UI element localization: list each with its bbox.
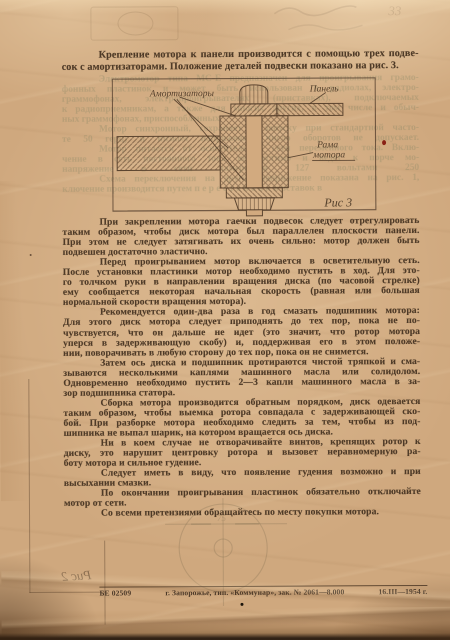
figure-3-diagram: Амортизаторы Панель Рама мотора Рис 3: [112, 77, 377, 219]
paper-speck: [30, 254, 32, 256]
intro-paragraph: Крепление мотора к панели производится с…: [62, 48, 419, 73]
page-sheet: Электромотор типа МС-Е предназначен для …: [0, 0, 450, 640]
paper-speck: [128, 329, 130, 331]
stamp-oval: [117, 11, 153, 35]
label-motor-frame-1: Рама: [316, 140, 338, 150]
scanned-instruction-page: { "colors": { "paper": "#cfa87e", "ink":…: [0, 0, 450, 640]
figure-caption: Рис 3: [323, 195, 352, 209]
handwritten-number: 33: [387, 3, 402, 18]
motor-frame-plate: [117, 136, 220, 171]
footer-code: БЕ 02509: [99, 588, 131, 597]
bolt-shaft: [246, 116, 262, 188]
label-motor-frame-2: мотора: [312, 150, 345, 160]
intro-line: сок с амортизаторами. Положение деталей …: [62, 59, 419, 72]
upper-shock-washer: [231, 104, 277, 116]
footer-imprint: г. Запорожье, тип. «Коммунар», зак. № 20…: [165, 587, 344, 597]
imprint-footer: БЕ 02509 г. Запорожье, тип. «Коммунар», …: [99, 585, 427, 598]
body-text: При закреплении мотора гаечки подвесок с…: [62, 216, 421, 519]
lower-shock-washer: [226, 188, 282, 198]
red-ink-speck: [382, 140, 386, 145]
paper-wrinkle: [2, 607, 450, 635]
bleed-through-frame-right: [104, 541, 106, 625]
footer-date: 16.III—1954 г.: [378, 587, 427, 596]
panel-cross-section: [277, 103, 343, 115]
label-panel: Панель: [309, 84, 339, 94]
label-shock-absorbers: Амортизаторы: [149, 89, 215, 99]
suspension-assembly: [117, 84, 344, 216]
ghost-dimension-label: 75: [217, 513, 227, 523]
bleed-through-frame-left: [28, 379, 31, 593]
hex-nut: [234, 198, 274, 210]
faint-handwriting: 33: [268, 0, 448, 40]
bolt-cap: [240, 85, 268, 104]
bleed-through-frame-bottom: [29, 592, 105, 594]
bleed-through-fig2-caption: Рис 2: [31, 567, 92, 586]
faint-stamp-outline: [90, 6, 178, 40]
black-speck: [240, 603, 243, 606]
